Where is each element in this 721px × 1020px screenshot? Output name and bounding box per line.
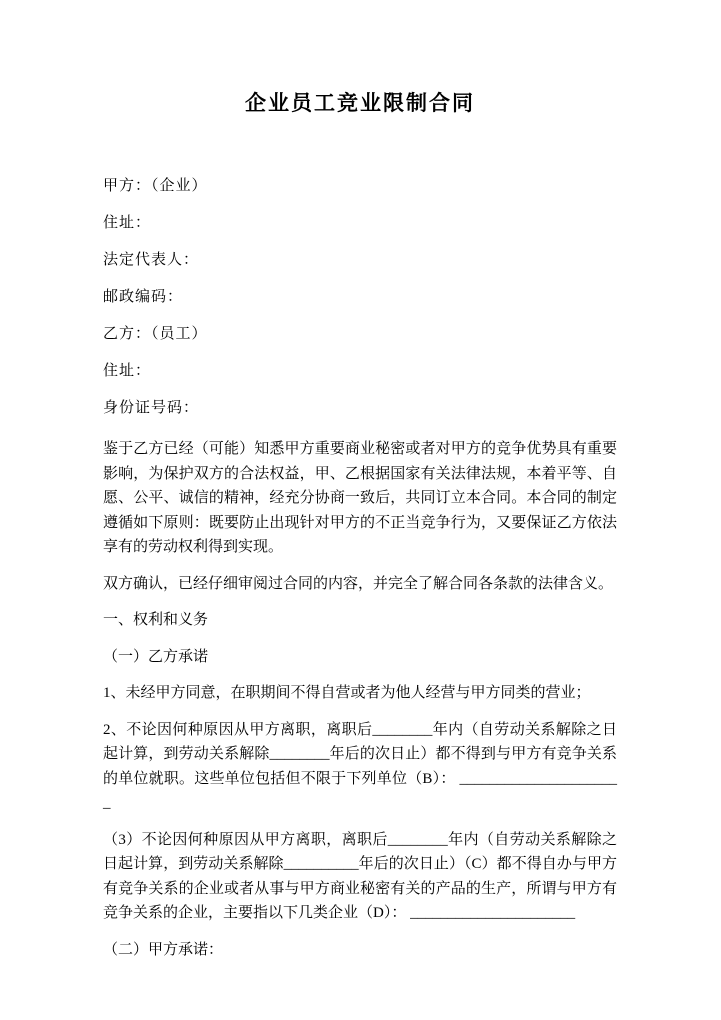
- party-info-block: 甲方：（企业） 住址： 法定代表人： 邮政编码： 乙方：（员工） 住址： 身份证…: [103, 174, 617, 420]
- party-a-label: 甲方：（企业）: [103, 174, 617, 198]
- legal-representative-field: 法定代表人：: [103, 248, 617, 272]
- clause-3: （3）不论因何种原因从甲方离职，离职后________年内（自劳动关系解除之日起…: [103, 828, 617, 926]
- preamble-paragraph: 鉴于乙方已经（可能）知悉甲方重要商业秘密或者对甲方的竞争优势具有重要影响，为保护…: [103, 437, 617, 560]
- contract-body: 鉴于乙方已经（可能）知悉甲方重要商业秘密或者对甲方的竞争优势具有重要影响，为保护…: [103, 437, 617, 962]
- confirmation-paragraph: 双方确认，已经仔细审阅过合同的内容，并完全了解合同各条款的法律含义。: [103, 572, 617, 597]
- document-page: 企业员工竞业限制合同 甲方：（企业） 住址： 法定代表人： 邮政编码： 乙方：（…: [0, 0, 721, 1020]
- clause-1: 1、未经甲方同意，在职期间不得自营或者为他人经营与甲方同类的营业；: [103, 681, 617, 706]
- document-title: 企业员工竞业限制合同: [103, 88, 617, 118]
- clause-2: 2、不论因何种原因从甲方离职，离职后________年内（自劳动关系解除之日起计…: [103, 718, 617, 816]
- id-number-field: 身份证号码：: [103, 396, 617, 420]
- party-b-label: 乙方：（员工）: [103, 322, 617, 346]
- party-b-address-field: 住址：: [103, 359, 617, 383]
- subsection-heading-party-b-promise: （一）乙方承诺: [103, 645, 617, 670]
- postal-code-field: 邮政编码：: [103, 285, 617, 309]
- party-a-address-field: 住址：: [103, 211, 617, 235]
- document-content: 企业员工竞业限制合同 甲方：（企业） 住址： 法定代表人： 邮政编码： 乙方：（…: [0, 0, 721, 962]
- section-heading-rights-obligations: 一、权利和义务: [103, 608, 617, 633]
- subsection-heading-party-a-promise: （二）甲方承诺：: [103, 938, 617, 963]
